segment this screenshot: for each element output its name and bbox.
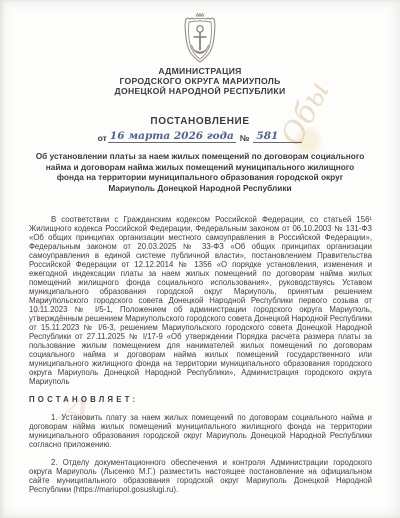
handwritten-number: 581 — [256, 130, 278, 142]
coat-of-arms-icon — [180, 12, 220, 66]
org-line-2: ГОРОДСКОГО ОКРУГА МАРИУПОЛЬ — [0, 76, 400, 86]
coat-of-arms — [0, 12, 400, 71]
document-page: Обы Т А АДМИНИСТРАЦИЯ — [0, 0, 400, 518]
date-number-line: от 16 марта 2026 года № 581 — [0, 130, 400, 143]
resolution-item-1: 1. Установить плату за наем жилых помеще… — [29, 413, 372, 449]
document-title: Об установлении платы за наем жилых поме… — [35, 151, 365, 193]
date-field: 16 марта 2026 года — [108, 130, 236, 143]
preamble-paragraph: В соответствии с Гражданским кодексом Ро… — [29, 215, 372, 386]
org-line-1: АДМИНИСТРАЦИЯ — [0, 66, 400, 76]
org-line-3: ДОНЕЦКОЙ НАРОДНОЙ РЕСПУБЛИКИ — [0, 86, 400, 96]
date-prefix-label: от — [98, 133, 107, 143]
number-field: 581 — [253, 130, 302, 143]
handwritten-date: 16 марта 2026 года — [110, 130, 234, 142]
resolves-heading: ПОСТАНОВЛЯЕТ: — [29, 395, 372, 404]
number-prefix-label: № — [240, 133, 250, 143]
document-body: В соответствии с Гражданским кодексом Ро… — [29, 215, 372, 494]
resolution-item-2: 2. Отделу документационного обеспечения … — [29, 458, 372, 494]
document-type-heading: ПОСТАНОВЛЕНИЕ — [0, 116, 400, 127]
org-name-block: АДМИНИСТРАЦИЯ ГОРОДСКОГО ОКРУГА МАРИУПОЛ… — [0, 66, 400, 96]
